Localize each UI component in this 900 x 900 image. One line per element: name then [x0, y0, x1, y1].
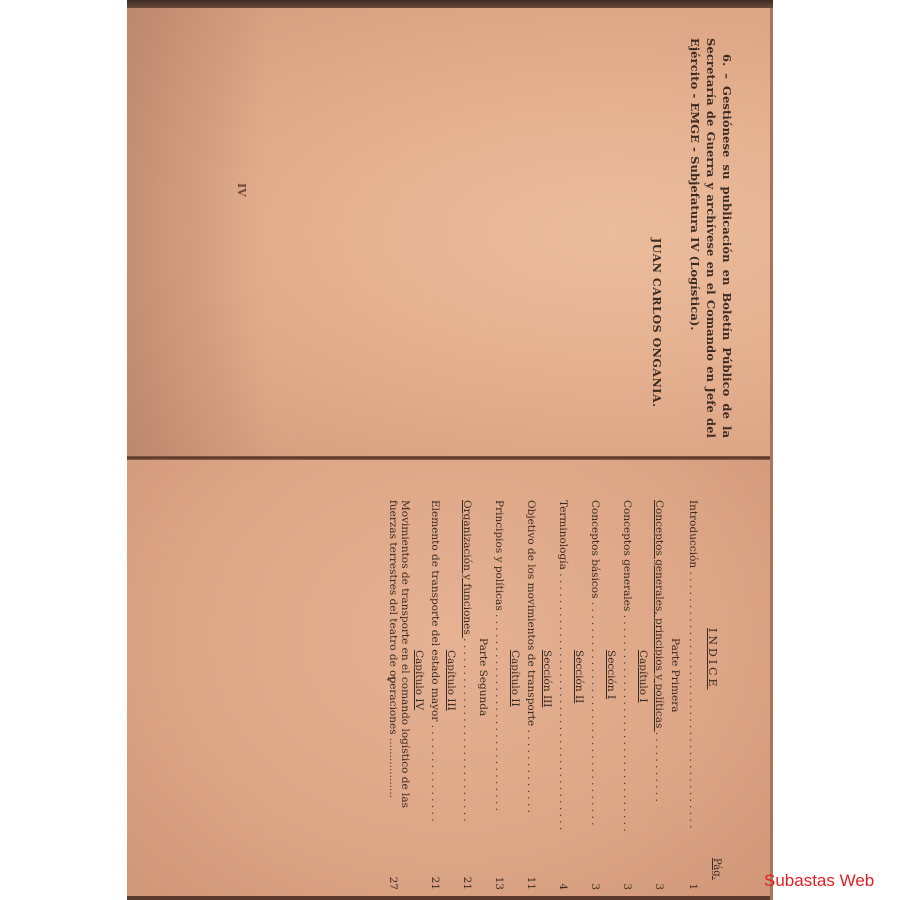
toc-entry-label: Conceptos básicos [589, 500, 601, 602]
toc-entry[interactable]: Elemento de transporte del estado mayor … [429, 500, 441, 890]
toc-entry[interactable]: Terminología . . . . . . . . . . . . . .… [557, 500, 569, 890]
leader-dots: . . . . . . . . . . . . . . . . . . . . … [653, 732, 665, 804]
leader-dots: . . . . . . . . . . . . . . . . . . . . … [621, 615, 633, 831]
leader-dots: . . . . . . . . . . . . . . . . . . . . … [557, 573, 569, 831]
toc-heading: Capítulo I [637, 650, 649, 703]
toc-entry-label: Elemento de transporte del estado mayor [429, 500, 441, 725]
toc-heading: Capítulo III [445, 650, 457, 711]
folio-iv: IV [235, 183, 248, 197]
leader-dots: . . . . . . . . . . . . . . . . . . . . … [589, 602, 601, 830]
toc-entry-label: Terminología [557, 500, 569, 573]
toc-entry-label: Movimientos de transporte en el comando … [387, 500, 411, 808]
toc-page-number: 3 [653, 883, 665, 890]
toc-entry[interactable]: Conceptos básicos . . . . . . . . . . . … [589, 500, 601, 890]
toc-entry-label: Objetivo de los movimientos de transport… [525, 500, 537, 730]
toc-entry-label: Conceptos generales [621, 500, 633, 615]
leader-dots: . . . . . . . . . . . . . . . . . . . . … [687, 572, 699, 830]
toc-heading: Sección III [541, 650, 553, 707]
toc-page-number: 11 [525, 877, 537, 890]
toc-entry[interactable]: Objetivo de los movimientos de transport… [525, 500, 537, 890]
toc-heading: Sección I [605, 650, 617, 699]
toc-entry-label: Organización y funciones [461, 500, 473, 638]
toc-entry[interactable]: Movimientos de transporte en el comando … [387, 500, 411, 890]
decree-paragraph: 6. – Gestiónese su publicación en Boletí… [687, 38, 735, 438]
toc-page-number: 1 [687, 883, 699, 890]
toc-entry-label: Conceptos generales, principios y políti… [653, 500, 665, 732]
toc-entry-label: Principios y políticas [493, 500, 505, 614]
book-top-edge [127, 0, 773, 8]
leader-dots: . . . . . . . . . . . . . . . . . . . . … [493, 614, 505, 812]
table-of-contents: Introducción . . . . . . . . . . . . . .… [127, 460, 773, 900]
folio-v: V [384, 676, 395, 683]
toc-heading: Parte Segunda [477, 638, 489, 716]
toc-page-number: 3 [589, 883, 601, 890]
toc-page-number: 21 [429, 877, 441, 890]
watermark: Subastas Web [764, 871, 874, 891]
toc-entry[interactable]: Conceptos generales . . . . . . . . . . … [621, 500, 633, 890]
page-iv-content: 6. – Gestiónese su publicación en Boletí… [127, 8, 773, 458]
leader-dots: . . . . . . . . . . . . . . . . . . . . … [525, 730, 537, 814]
toc-entry[interactable]: Organización y funciones . . . . . . . .… [461, 500, 473, 890]
toc-entry[interactable]: Principios y políticas . . . . . . . . .… [493, 500, 505, 890]
toc-heading: Sección II [573, 650, 585, 703]
toc-heading: Capítulo II [509, 650, 521, 707]
toc-heading: Parte Primera [669, 638, 681, 713]
signature: JUAN CARLOS ONGANIA. [650, 238, 663, 408]
toc-entry[interactable]: Conceptos generales, principios y políti… [653, 500, 665, 890]
toc-page-number: 27 [387, 877, 399, 890]
leader-dots: . . . . . . . . . . . . . . . . . . . . … [429, 725, 441, 821]
scanned-book-spread: 6. – Gestiónese su publicación en Boletí… [127, 0, 773, 900]
toc-entry[interactable]: Introducción . . . . . . . . . . . . . .… [687, 500, 699, 890]
page-v-content: INDICE Pág. Introducción . . . . . . . .… [127, 460, 773, 900]
toc-page-number: 3 [621, 883, 633, 890]
leader-dots: . . . . . . . . . . . . . . . . . . . . … [461, 638, 473, 824]
toc-page-number: 21 [461, 877, 473, 890]
toc-heading: Capítulo IV [413, 650, 425, 710]
toc-page-number: 4 [557, 883, 569, 890]
toc-entry-label: Introducción [687, 500, 699, 572]
toc-page-number: 13 [493, 877, 505, 890]
